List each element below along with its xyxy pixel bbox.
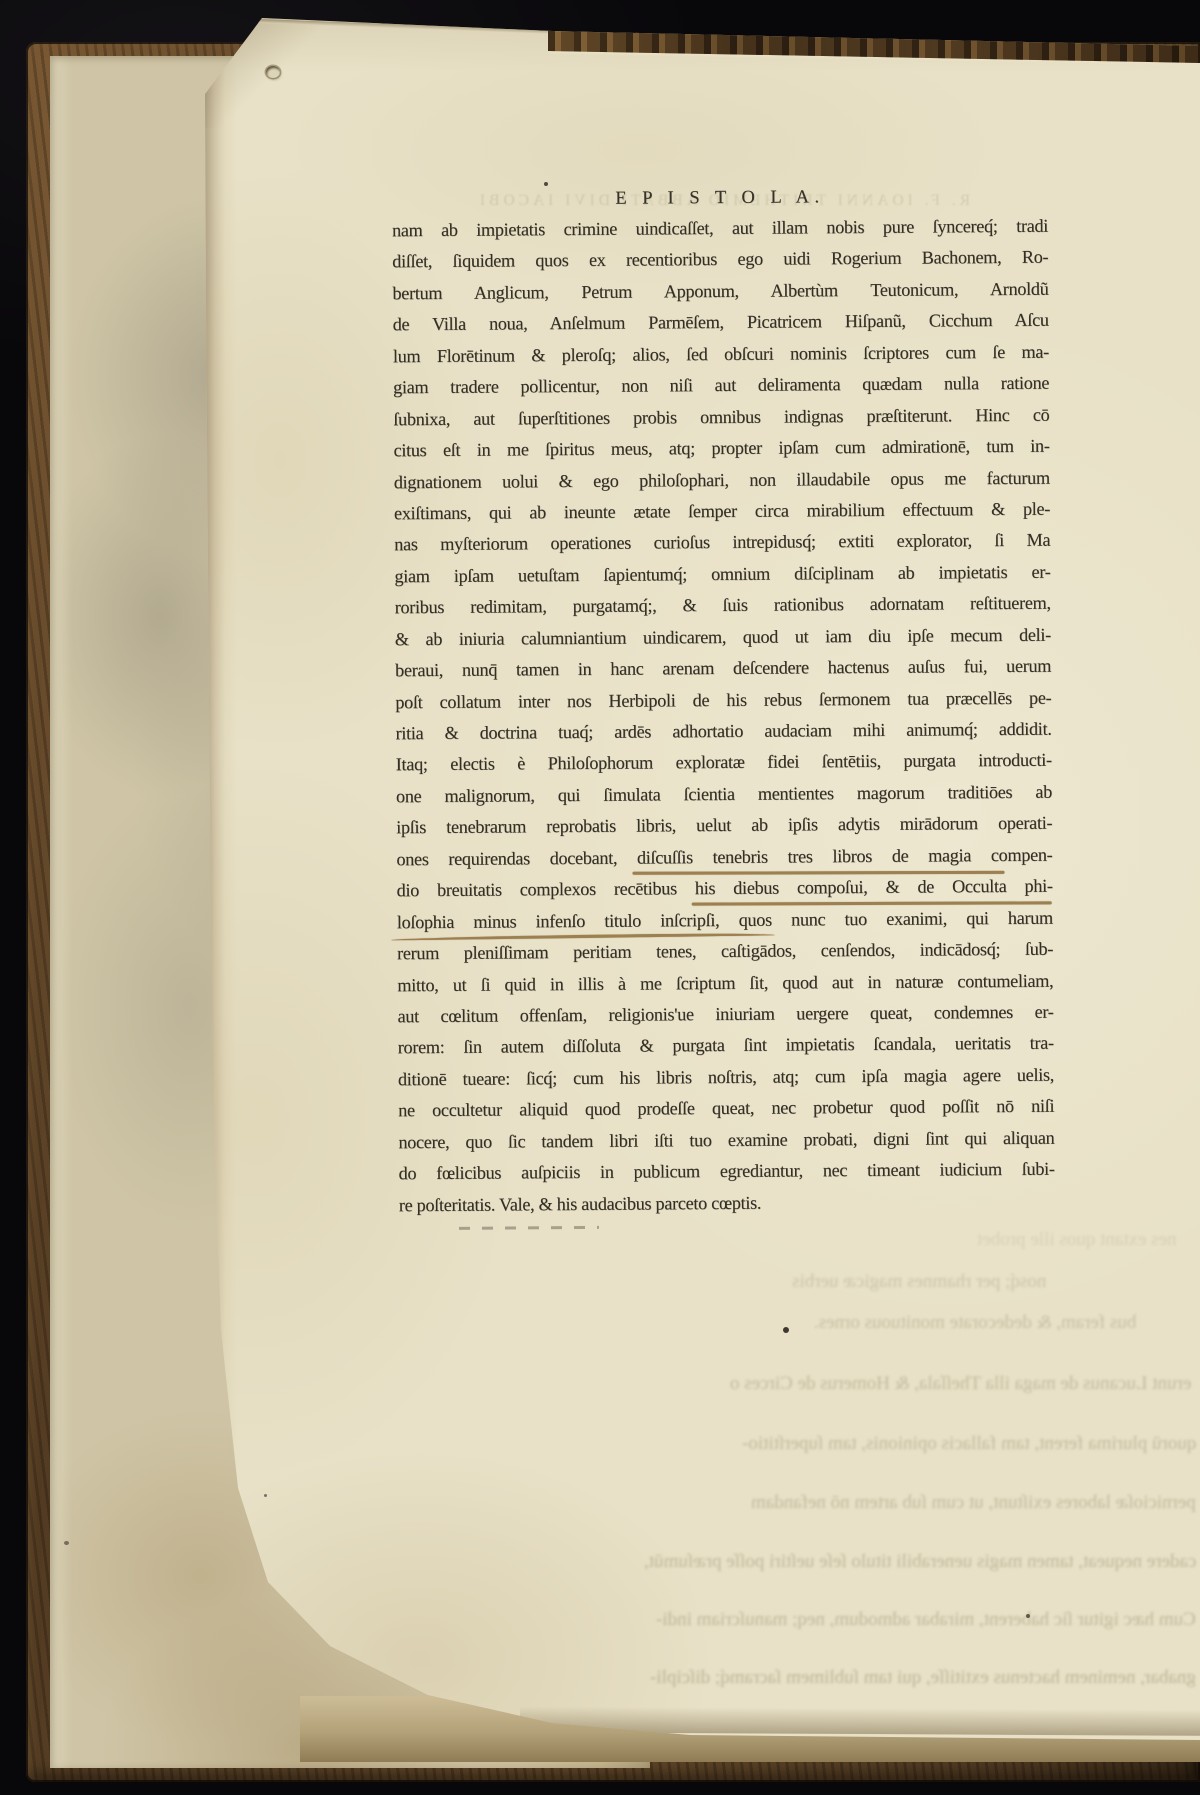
text-line: de Villa noua, Anſelmum Parmēſem, Picatr… <box>393 305 1049 341</box>
show-through-line: erunt Lucanus de maga illa Theſſala, & H… <box>730 1373 1191 1395</box>
wormhole <box>266 66 280 78</box>
text-line: dignationem uolui & ego philoſophari, no… <box>394 462 1050 498</box>
text-line: nocere, quo ſic tandem libri iſti tuo ex… <box>398 1122 1054 1158</box>
ink-speck <box>544 182 548 186</box>
text-line: ipſis tenebrarum reprobatis libris, uelu… <box>396 808 1052 844</box>
text-line: re poſteritatis. Vale, & his audacibus p… <box>399 1185 1055 1221</box>
text-line: giam ipſam uetuſtam ſapientumq́; omnium … <box>394 557 1050 593</box>
show-through-line: pernicioſæ labores exiſtunt, ut cum ſub … <box>751 1492 1196 1514</box>
text-line: roribus redimitam, purgatamq́;, & ſuis r… <box>395 588 1051 624</box>
ink-speck <box>1026 1614 1030 1618</box>
text-line: beraui, nunq̄ tamen in hanc arenam deſce… <box>395 651 1051 687</box>
text-line: rorem: ſin autem diſſoluta & purgata ſin… <box>398 1028 1054 1064</box>
show-through-line: gnabar, neminem hactenus extitiſſe, qui … <box>650 1667 1196 1689</box>
text-line: nam ab impietatis crimine uindicaſſet, a… <box>392 211 1048 247</box>
text-line: aut cœlitum offenſam, religionis'ue iniu… <box>397 997 1053 1033</box>
text-line: mitto, ut ſi quid in illis à me ſcriptum… <box>397 965 1053 1001</box>
ink-speck <box>64 1541 69 1545</box>
text-line: bertum Anglicum, Petrum Apponum, Albertù… <box>392 274 1048 310</box>
text-line: rerum pleniſſimam peritiam tenes, caſtig… <box>397 934 1053 970</box>
text-line: ritia & doctrina tuaq́; ardēs adhortatio… <box>395 714 1051 750</box>
text-line: & ab iniuria calumniantium uindicarem, q… <box>395 619 1051 655</box>
text-line: lum Florētinum & pleroſq; alios, ſed obſ… <box>393 336 1049 372</box>
text-line: diſſet, ſiquidem quos ex recentioribus e… <box>392 242 1048 278</box>
text-line: poſt collatum inter nos Herbipoli de his… <box>395 682 1051 718</box>
show-through-line: bus feram, & dedecorate monituous ornes. <box>814 1312 1136 1334</box>
epistola-body-text: nam ab impietatis crimine uindicaſſet, a… <box>392 211 1055 1222</box>
text-line: citus eſt in me ſpiritus meus, atq; prop… <box>393 431 1049 467</box>
text-line: one malignorum, qui ſimulata ſcientia me… <box>396 777 1052 813</box>
text-line: Itaq; electis è Philoſophorum exploratæ … <box>396 745 1052 781</box>
show-through-line: nosq́; per rhamnes magicæ uerbis <box>792 1271 1046 1293</box>
text-line: giam tradere pollicentur, non niſi aut d… <box>393 368 1049 404</box>
show-through-line: cadere nequeat, tamen magis uenerabili t… <box>644 1551 1196 1573</box>
show-through-line: quorū plurima ferent, tam fallacis opini… <box>742 1433 1196 1455</box>
text-line: ditionē tueare: ſicq́; cum his libris no… <box>398 1059 1054 1095</box>
ink-speck <box>783 1327 789 1333</box>
show-through-line: nes extant quos ille probet <box>977 1229 1176 1251</box>
text-line: nas myſteriorum operationes curioſus int… <box>394 525 1050 561</box>
show-through-line: Cum hæc igitur ſic haberent, mirabar adm… <box>656 1609 1196 1631</box>
text-line: ne occultetur aliquid quod prodeſſe quea… <box>398 1091 1054 1127</box>
ink-speck <box>264 1494 267 1497</box>
text-line: do fœlicibus auſpiciis in publicum egred… <box>399 1154 1055 1190</box>
pencil-dashes <box>459 1226 599 1229</box>
text-line: ſubnixa, aut ſuperſtitiones probis omnib… <box>393 399 1049 435</box>
text-line: exiſtimans, qui ab ineunte ætate ſemper … <box>394 494 1050 530</box>
